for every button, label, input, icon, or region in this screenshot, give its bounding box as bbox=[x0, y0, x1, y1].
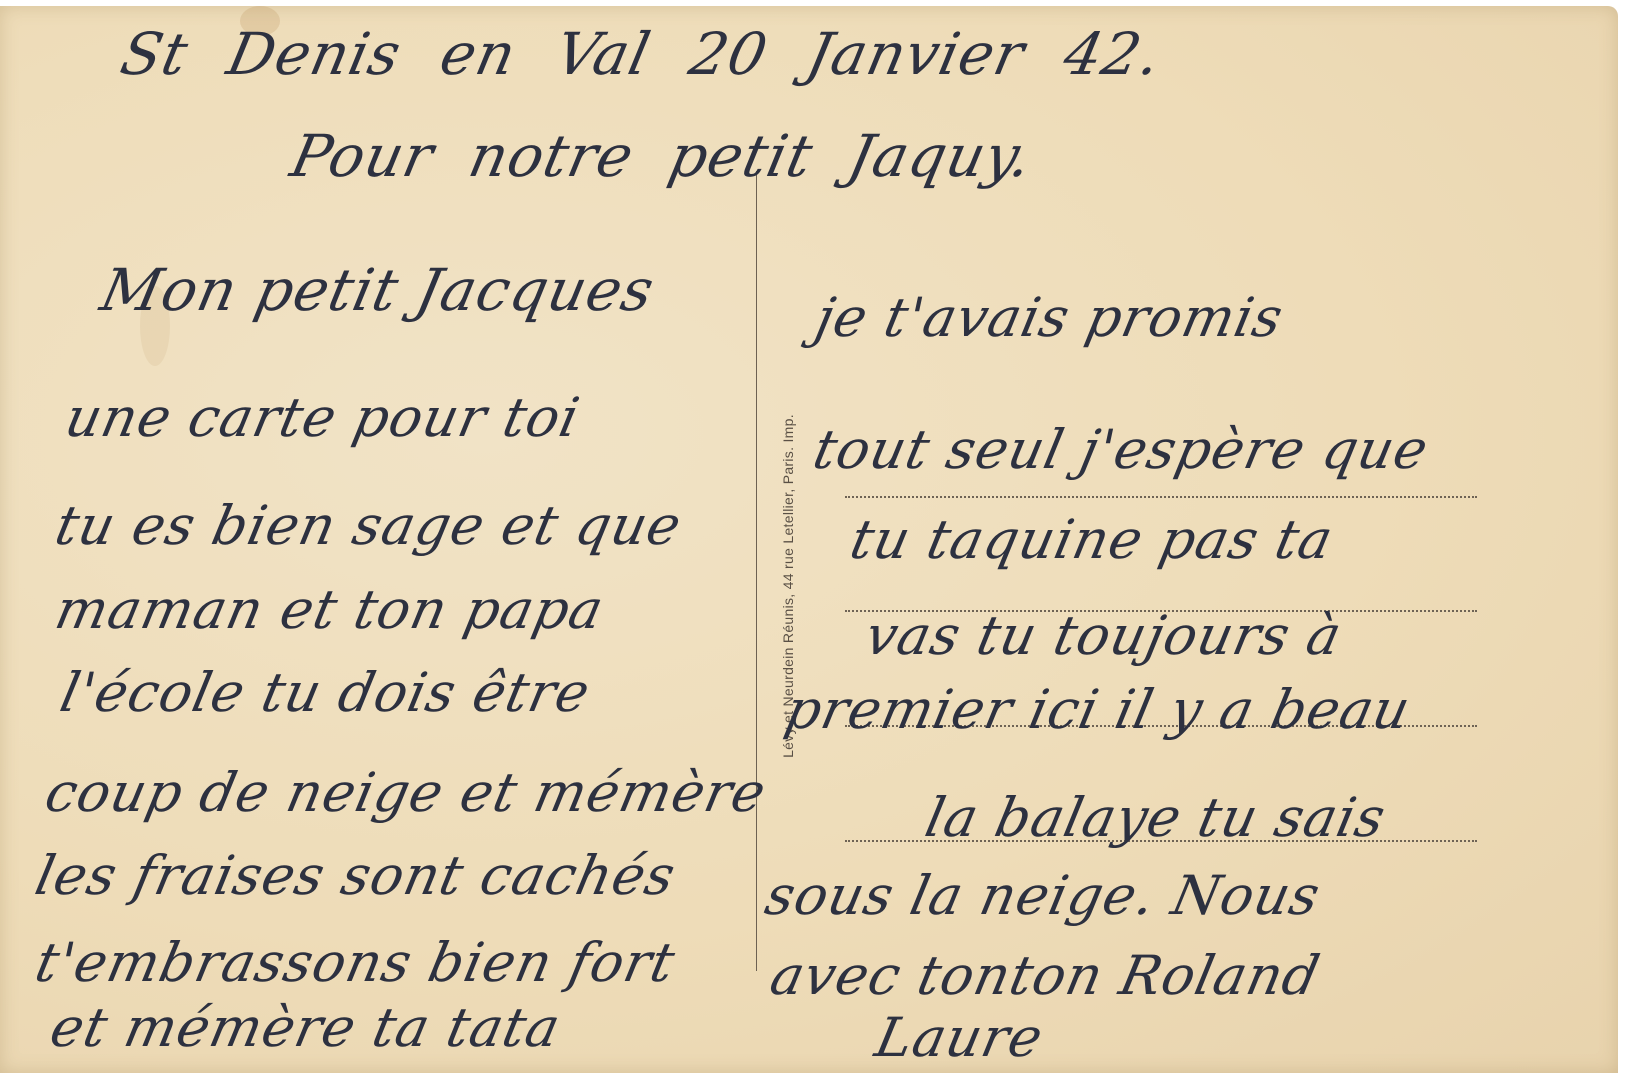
card-divider-line bbox=[756, 171, 757, 971]
message-line-right-3: tu taquine pas ta bbox=[845, 508, 1339, 571]
message-line-right-6: la balaye tu sais bbox=[920, 786, 1391, 849]
postcard-back: Lévy et Neurdein Réunis, 44 rue Letellie… bbox=[0, 6, 1618, 1073]
message-line-left-5: l'école tu dois être bbox=[55, 661, 596, 724]
message-line-left-6: coup de neige et mémère bbox=[40, 761, 772, 824]
message-line-right-8: avec tonton Roland bbox=[765, 944, 1326, 1007]
message-line-left-2: une carte pour toi bbox=[60, 386, 585, 449]
header-dedication: Pour notre petit Jaquy. bbox=[285, 122, 1039, 190]
message-line-left-7: les fraises sont cachés bbox=[30, 844, 681, 907]
address-line-1 bbox=[845, 496, 1477, 498]
message-line-left-9: et mémère ta tata bbox=[45, 996, 566, 1059]
message-line-right-4: vas tu toujours à bbox=[860, 604, 1348, 667]
message-signature: Laure bbox=[870, 1006, 1049, 1069]
message-line-left-3: tu es bien sage et que bbox=[50, 494, 687, 557]
message-line-left-8: t'embrassons bien fort bbox=[30, 931, 681, 994]
message-line-right-2: tout seul j'espère que bbox=[808, 418, 1434, 481]
message-line-right-1: je t'avais promis bbox=[810, 286, 1289, 349]
message-line-right-5: premier ici il y a beau bbox=[780, 678, 1416, 741]
message-line-left-1: Mon petit Jacques bbox=[95, 256, 661, 324]
message-line-left-4: maman et ton papa bbox=[50, 578, 610, 641]
message-line-right-7: sous la neige. Nous bbox=[760, 864, 1326, 927]
header-place-date: St Denis en Val 20 Janvier 42. bbox=[115, 20, 1168, 88]
